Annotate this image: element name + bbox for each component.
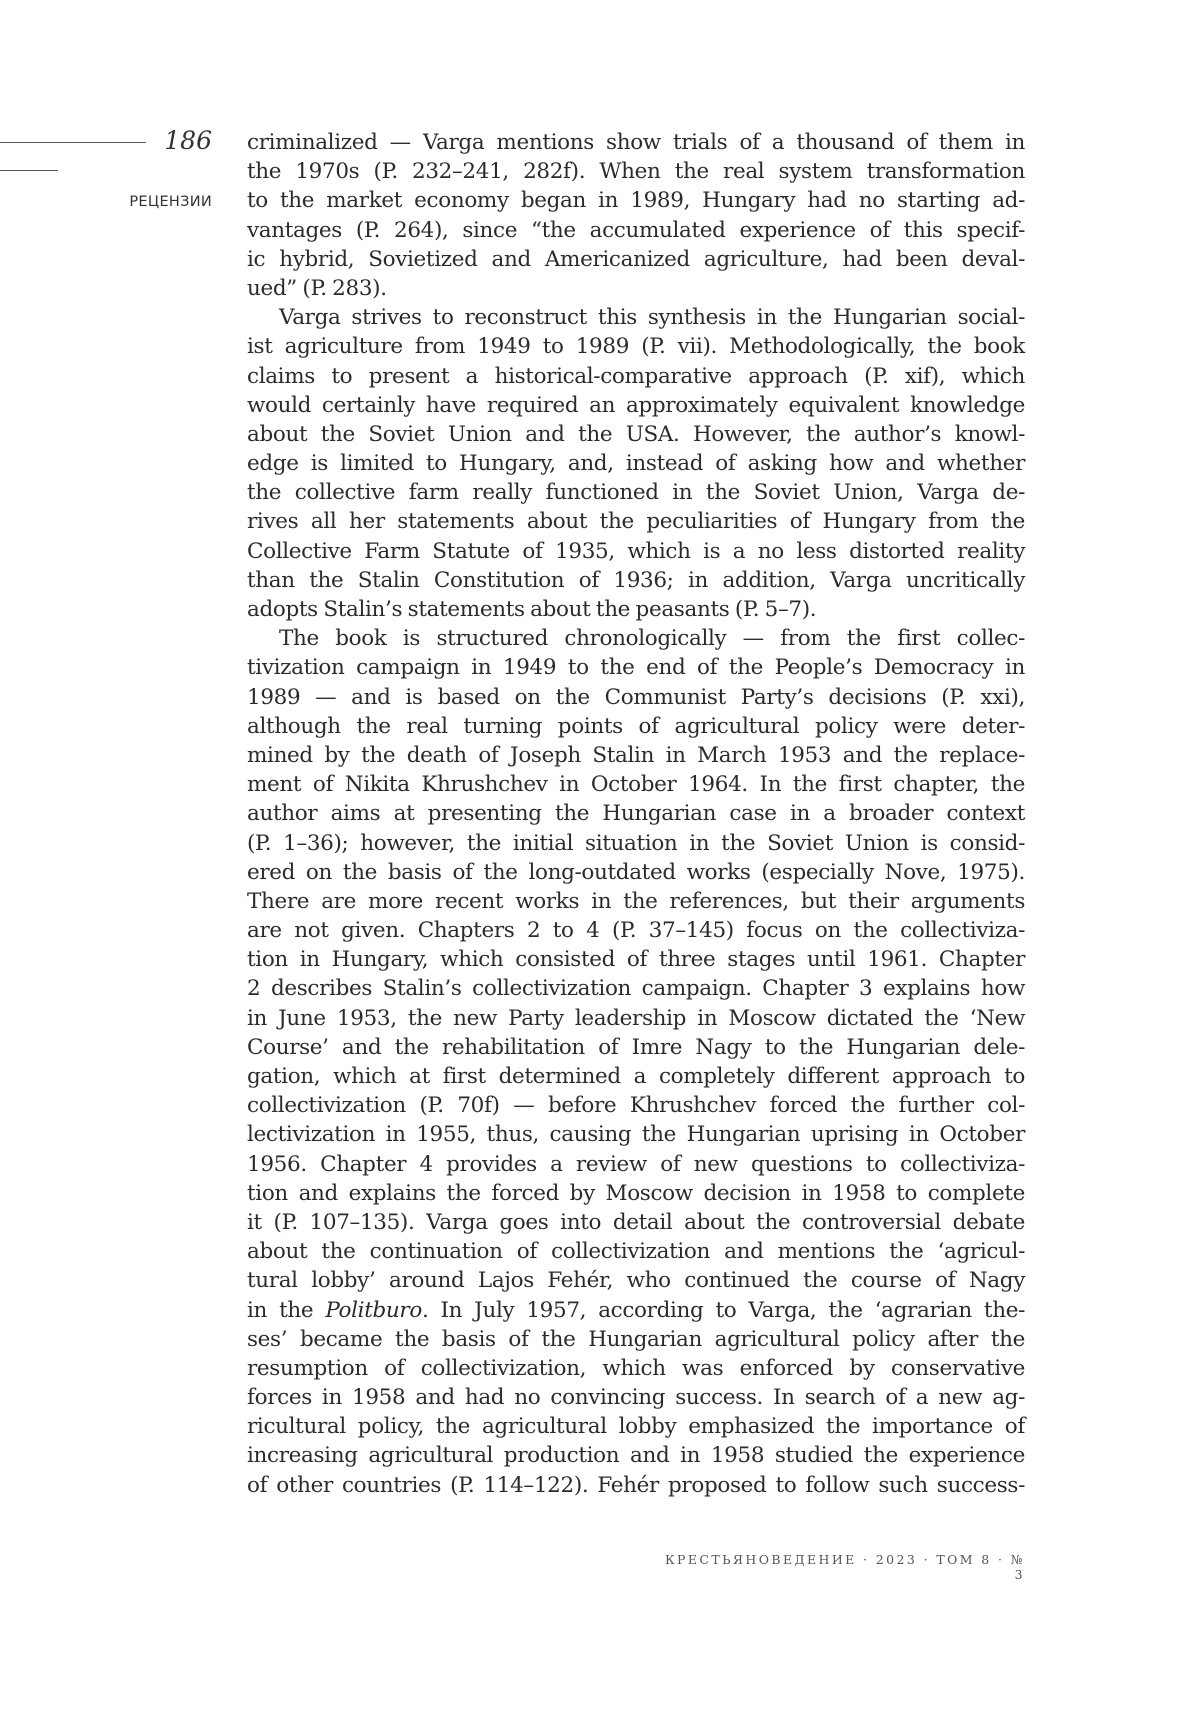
text-line: tivization campaign in 1949 to the end o… <box>247 653 1025 682</box>
text-line: adopts Stalin’s statements about the pea… <box>247 595 1025 624</box>
text-line: mined by the death of Joseph Stalin in M… <box>247 741 1025 770</box>
text-line: the 1970s (P. 232–241, 282f). When the r… <box>247 157 1025 186</box>
text-line: ment of Nikita Khrushchev in October 196… <box>247 770 1025 799</box>
text-line: claims to present a historical-comparati… <box>247 362 1025 391</box>
text-line: ist agriculture from 1949 to 1989 (P. vi… <box>247 332 1025 361</box>
text-line: to the market economy began in 1989, Hun… <box>247 186 1025 215</box>
text-line: ered on the basis of the long-outdated w… <box>247 858 1025 887</box>
text-line: about the continuation of collectivizati… <box>247 1237 1025 1266</box>
section-label: РЕЦЕНЗИИ <box>110 194 212 210</box>
header-rule-short <box>0 170 58 171</box>
text-line: are not given. Chapters 2 to 4 (P. 37–14… <box>247 916 1025 945</box>
italic-term: Politburo <box>325 1298 422 1323</box>
running-footer: КРЕСТЬЯНОВЕДЕНИЕ · 2023 · ТОМ 8 · № 3 <box>650 1552 1025 1582</box>
text-line: ses’ became the basis of the Hungarian a… <box>247 1325 1025 1354</box>
text-line: forces in 1958 and had no convincing suc… <box>247 1383 1025 1412</box>
text-line: author aims at presenting the Hungarian … <box>247 799 1025 828</box>
text-line: tion in Hungary, which consisted of thre… <box>247 945 1025 974</box>
text-run: . In July 1957, according to Varga, the … <box>422 1298 1025 1323</box>
text-line: 1956. Chapter 4 provides a review of new… <box>247 1150 1025 1179</box>
text-line: collectivization (P. 70f) — before Khrus… <box>247 1091 1025 1120</box>
text-line: 2 describes Stalin’s collectivization ca… <box>247 974 1025 1003</box>
text-line: in the Politburo. In July 1957, accordin… <box>247 1296 1025 1325</box>
text-line: of other countries (P. 114–122). Fehér p… <box>247 1471 1025 1500</box>
text-line: There are more recent works in the refer… <box>247 887 1025 916</box>
header-rule-long <box>0 142 146 143</box>
text-line: than the Stalin Constitution of 1936; in… <box>247 566 1025 595</box>
text-line: it (P. 107–135). Varga goes into detail … <box>247 1208 1025 1237</box>
text-line: ic hybrid, Sovietized and Americanized a… <box>247 245 1025 274</box>
page-number: 186 <box>160 126 212 155</box>
text-line: ued” (P. 283). <box>247 274 1025 303</box>
text-line: ricultural policy, the agricultural lobb… <box>247 1412 1025 1441</box>
text-line: edge is limited to Hungary, and, instead… <box>247 449 1025 478</box>
text-line: rives all her statements about the pecul… <box>247 507 1025 536</box>
text-line: (P. 1–36); however, the initial situatio… <box>247 829 1025 858</box>
text-line: tural lobby’ around Lajos Fehér, who con… <box>247 1266 1025 1295</box>
text-line: the collective farm really functioned in… <box>247 478 1025 507</box>
text-line: although the real turning points of agri… <box>247 712 1025 741</box>
text-line: criminalized — Varga mentions show trial… <box>247 128 1025 157</box>
text-line: increasing agricultural production and i… <box>247 1441 1025 1470</box>
text-line: Course’ and the rehabilitation of Imre N… <box>247 1033 1025 1062</box>
text-line: would certainly have required an approxi… <box>247 391 1025 420</box>
text-line: lectivization in 1955, thus, causing the… <box>247 1120 1025 1149</box>
text-run: in the <box>247 1298 325 1323</box>
text-line: vantages (P. 264), since “the accumulate… <box>247 216 1025 245</box>
text-line: about the Soviet Union and the USA. Howe… <box>247 420 1025 449</box>
text-line: 1989 — and is based on the Communist Par… <box>247 683 1025 712</box>
text-line: gation, which at first determined a comp… <box>247 1062 1025 1091</box>
text-line: resumption of collectivization, which wa… <box>247 1354 1025 1383</box>
text-line: tion and explains the forced by Moscow d… <box>247 1179 1025 1208</box>
text-line: Varga strives to reconstruct this synthe… <box>247 303 1025 332</box>
body-text: criminalized — Varga mentions show trial… <box>247 128 1025 1500</box>
text-line: The book is structured chronologically —… <box>247 624 1025 653</box>
text-line: Collective Farm Statute of 1935, which i… <box>247 537 1025 566</box>
text-line: in June 1953, the new Party leadership i… <box>247 1004 1025 1033</box>
